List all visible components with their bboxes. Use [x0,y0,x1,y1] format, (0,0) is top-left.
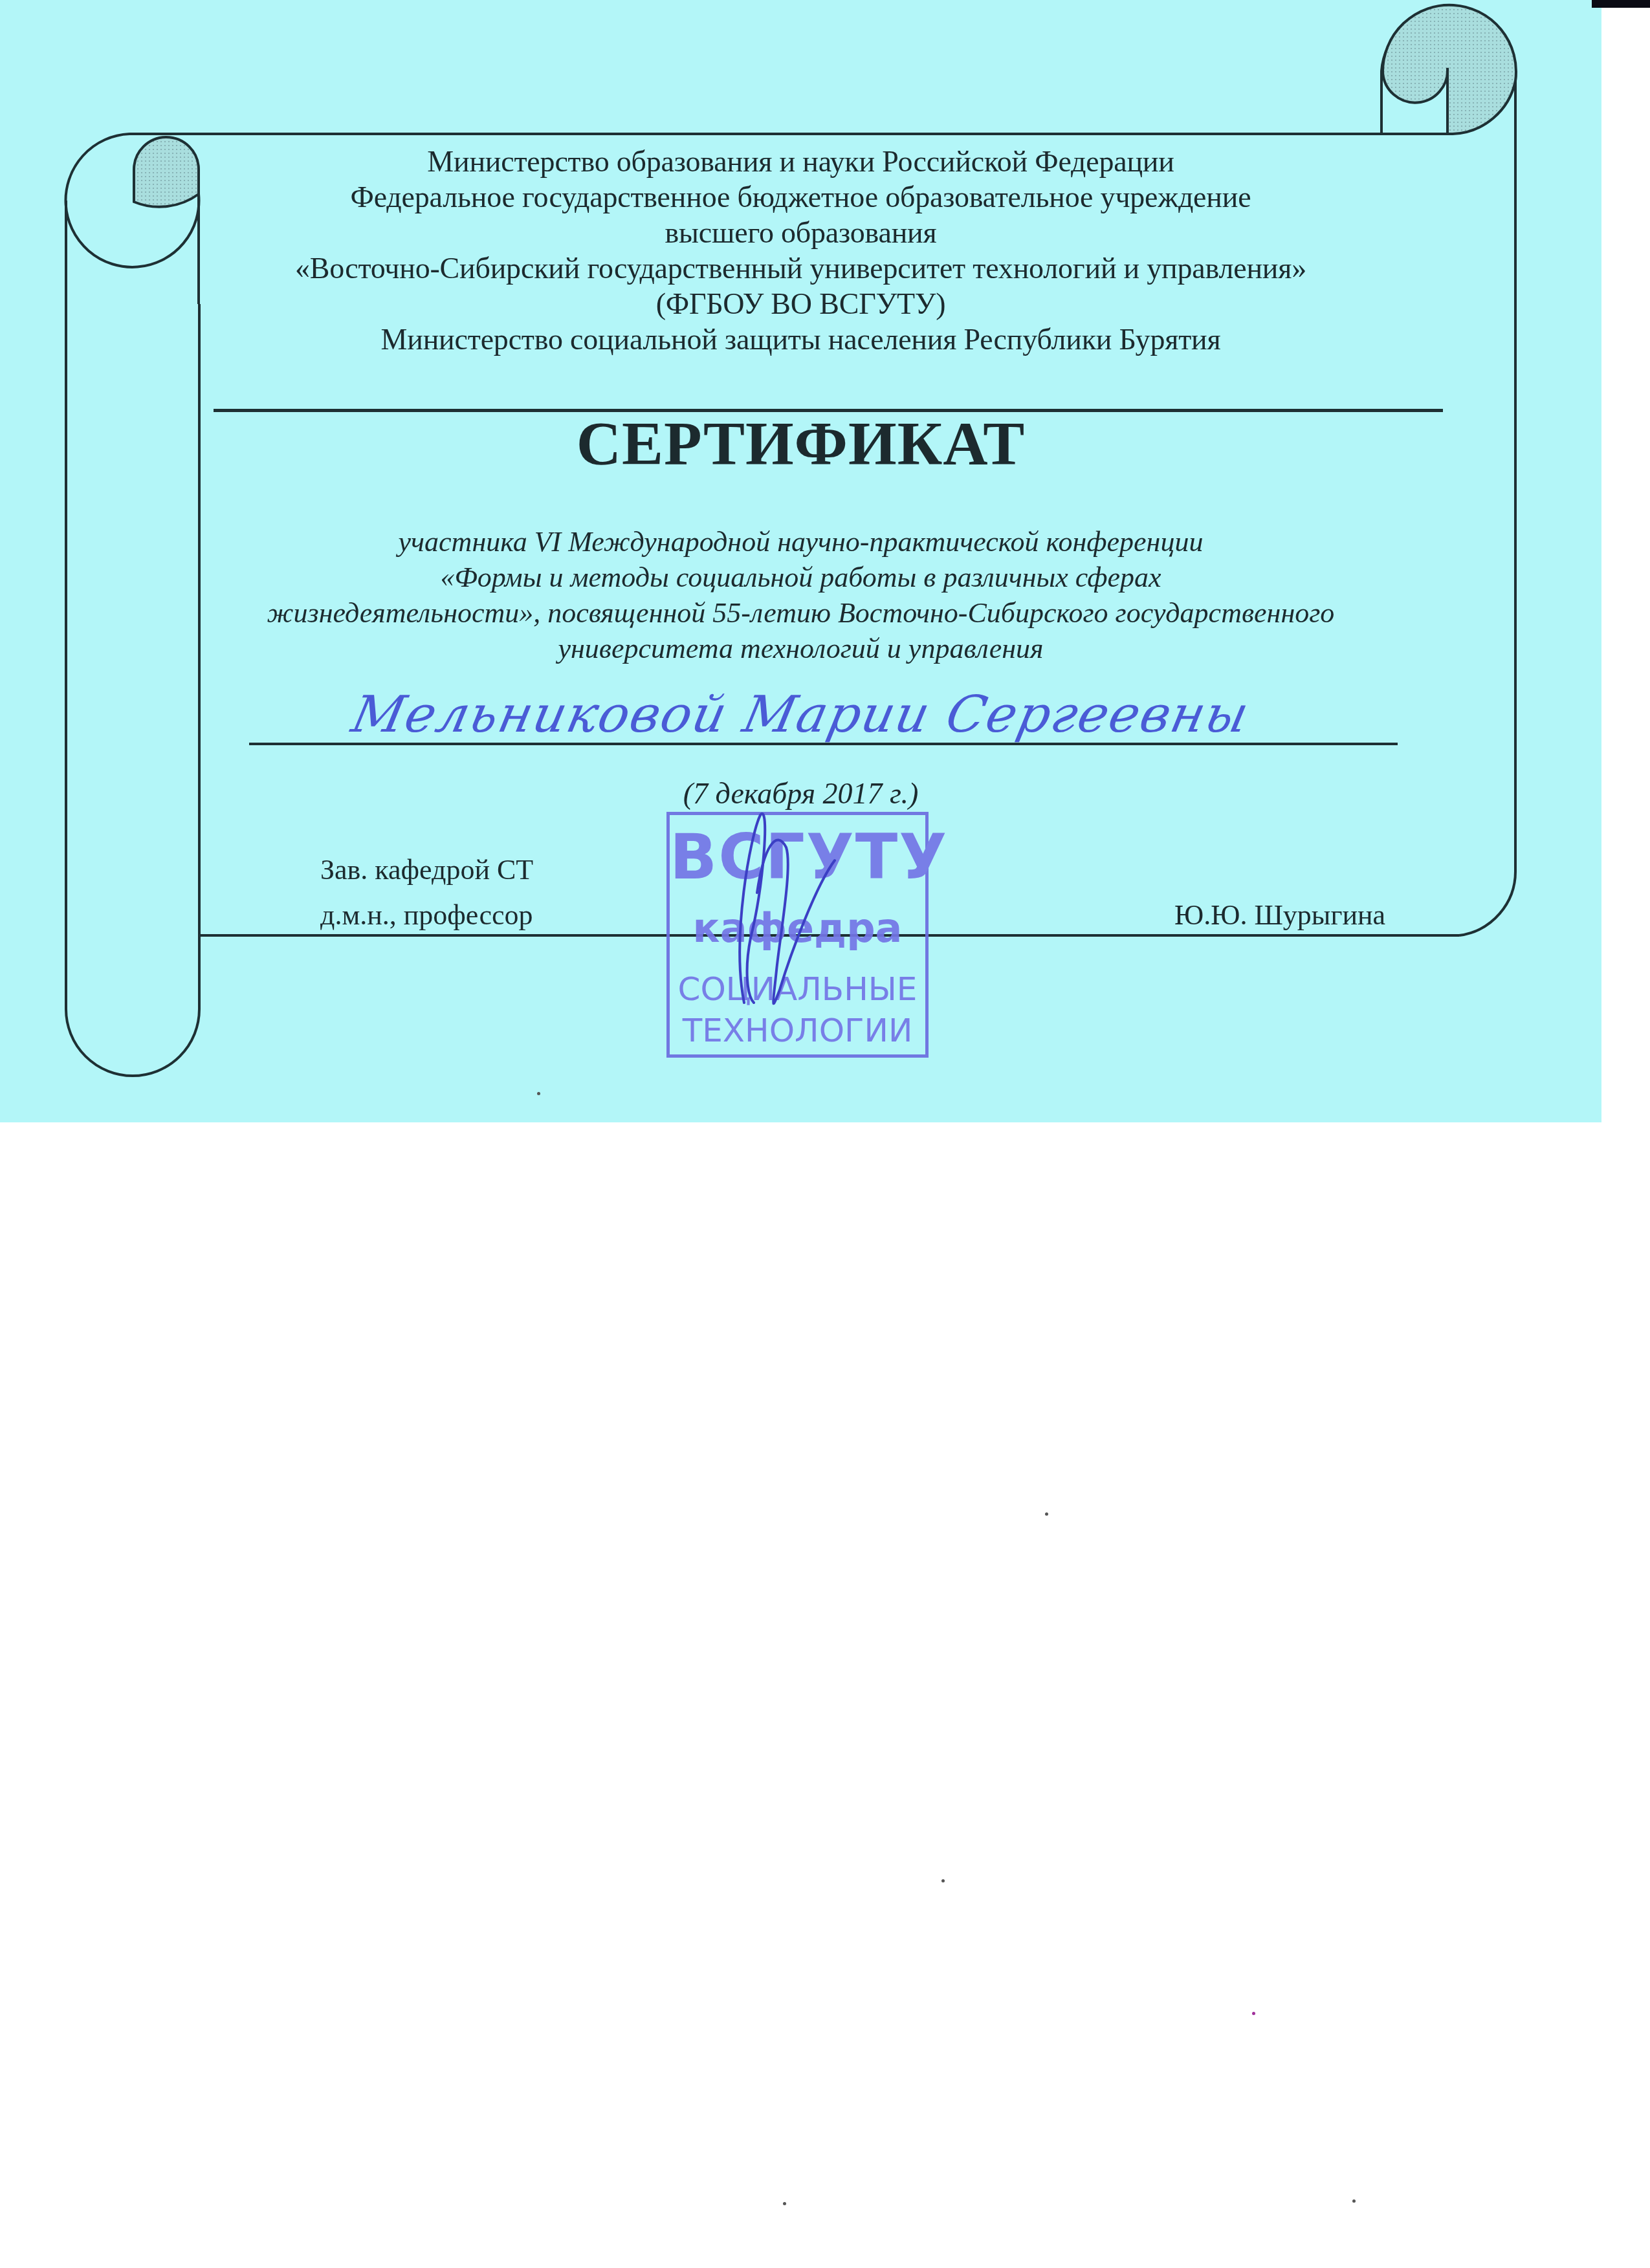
conference-description: участника VI Международной научно-практи… [0,524,1601,666]
scan-speck [783,2202,786,2205]
signature-scribble-icon [725,809,854,1016]
scan-speck [1252,2012,1255,2015]
scan-speck [1045,1512,1048,1516]
description-line: жизнедеятельности», посвященной 55-летию… [0,595,1601,631]
event-date: (7 декабря 2017 г.) [0,776,1601,811]
signatory-name: Ю.Ю. Шурыгина [1174,893,1385,938]
header-line-abbreviation: (ФГБОУ ВО ВСГУТУ) [0,286,1601,322]
header-line-ministry: Министерство образования и науки Российс… [0,144,1601,179]
signatory-position-title: Зав. кафедрой СТ [320,847,533,893]
signatory-position: Зав. кафедрой СТ д.м.н., профессор [320,847,533,938]
recipient-name-handwritten: Мельниковой Марии Сергеевны [0,686,1608,744]
header-line-university: «Восточно-Сибирский государственный унив… [0,250,1601,286]
issuer-header: Министерство образования и науки Российс… [0,144,1601,357]
header-line-education-level: высшего образования [0,215,1601,250]
scan-speck [941,1879,945,1882]
description-line: участника VI Международной научно-практи… [0,524,1601,560]
header-line-institution-type: Федеральное государственное бюджетное об… [0,179,1601,215]
description-line: университета технологий и управления [0,631,1601,666]
stamp-department-name-2: ТЕХНОЛОГИИ [670,1010,925,1051]
header-line-co-organizer: Министерство социальной защиты населения… [0,322,1601,357]
certificate-title: СЕРТИФИКАТ [0,408,1601,479]
scan-speck [537,1092,540,1095]
scan-speck [1352,2199,1356,2203]
description-line: «Формы и методы социальной работы в разл… [0,560,1601,595]
signatory-degree: д.м.н., профессор [320,893,533,938]
